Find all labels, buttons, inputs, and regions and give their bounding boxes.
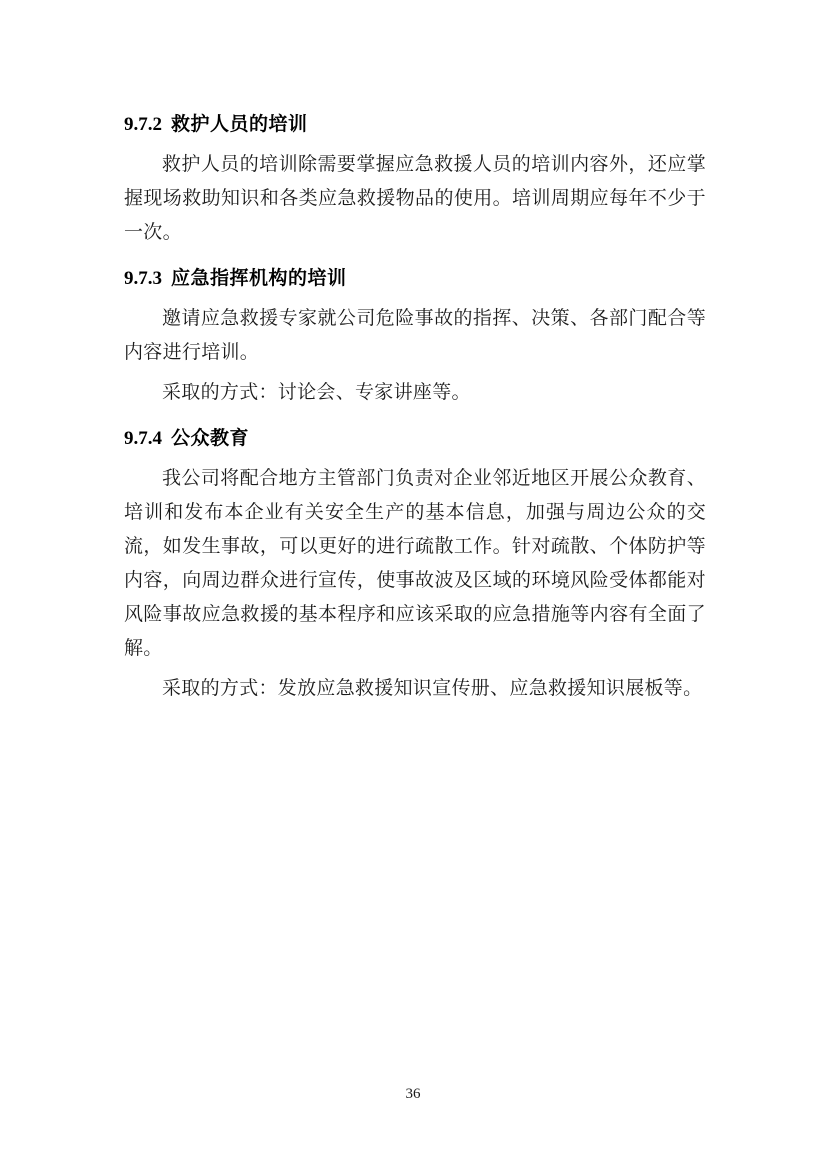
body-paragraph: 救护人员的培训除需要掌握应急救援人员的培训内容外，还应掌握现场救助知识和各类应急… bbox=[124, 148, 706, 250]
document-page: 9.7.2救护人员的培训 救护人员的培训除需要掌握应急救援人员的培训内容外，还应… bbox=[0, 0, 826, 1169]
heading-title: 应急指挥机构的培训 bbox=[171, 268, 347, 289]
body-paragraph: 我公司将配合地方主管部门负责对企业邻近地区开展公众教育、培训和发布本企业有关安全… bbox=[124, 462, 706, 666]
heading-number: 9.7.2 bbox=[124, 114, 162, 135]
section-9-7-3: 9.7.3应急指挥机构的培训 邀请应急救援专家就公司危险事故的指挥、决策、各部门… bbox=[124, 266, 706, 410]
body-paragraph: 采取的方式：发放应急救援知识宣传册、应急救援知识展板等。 bbox=[124, 672, 706, 706]
section-heading: 9.7.4公众教育 bbox=[124, 426, 706, 452]
heading-title: 救护人员的培训 bbox=[171, 114, 308, 135]
page-number: 36 bbox=[0, 1086, 826, 1103]
section-heading: 9.7.3应急指挥机构的培训 bbox=[124, 266, 706, 292]
document-content: 9.7.2救护人员的培训 救护人员的培训除需要掌握应急救援人员的培训内容外，还应… bbox=[124, 96, 706, 714]
body-paragraph: 邀请应急救援专家就公司危险事故的指挥、决策、各部门配合等内容进行培训。 bbox=[124, 302, 706, 370]
heading-title: 公众教育 bbox=[171, 428, 249, 449]
body-paragraph: 采取的方式：讨论会、专家讲座等。 bbox=[124, 376, 706, 410]
section-9-7-2: 9.7.2救护人员的培训 救护人员的培训除需要掌握应急救援人员的培训内容外，还应… bbox=[124, 112, 706, 250]
heading-number: 9.7.3 bbox=[124, 268, 162, 289]
section-heading: 9.7.2救护人员的培训 bbox=[124, 112, 706, 138]
section-9-7-4: 9.7.4公众教育 我公司将配合地方主管部门负责对企业邻近地区开展公众教育、培训… bbox=[124, 426, 706, 706]
heading-number: 9.7.4 bbox=[124, 428, 162, 449]
